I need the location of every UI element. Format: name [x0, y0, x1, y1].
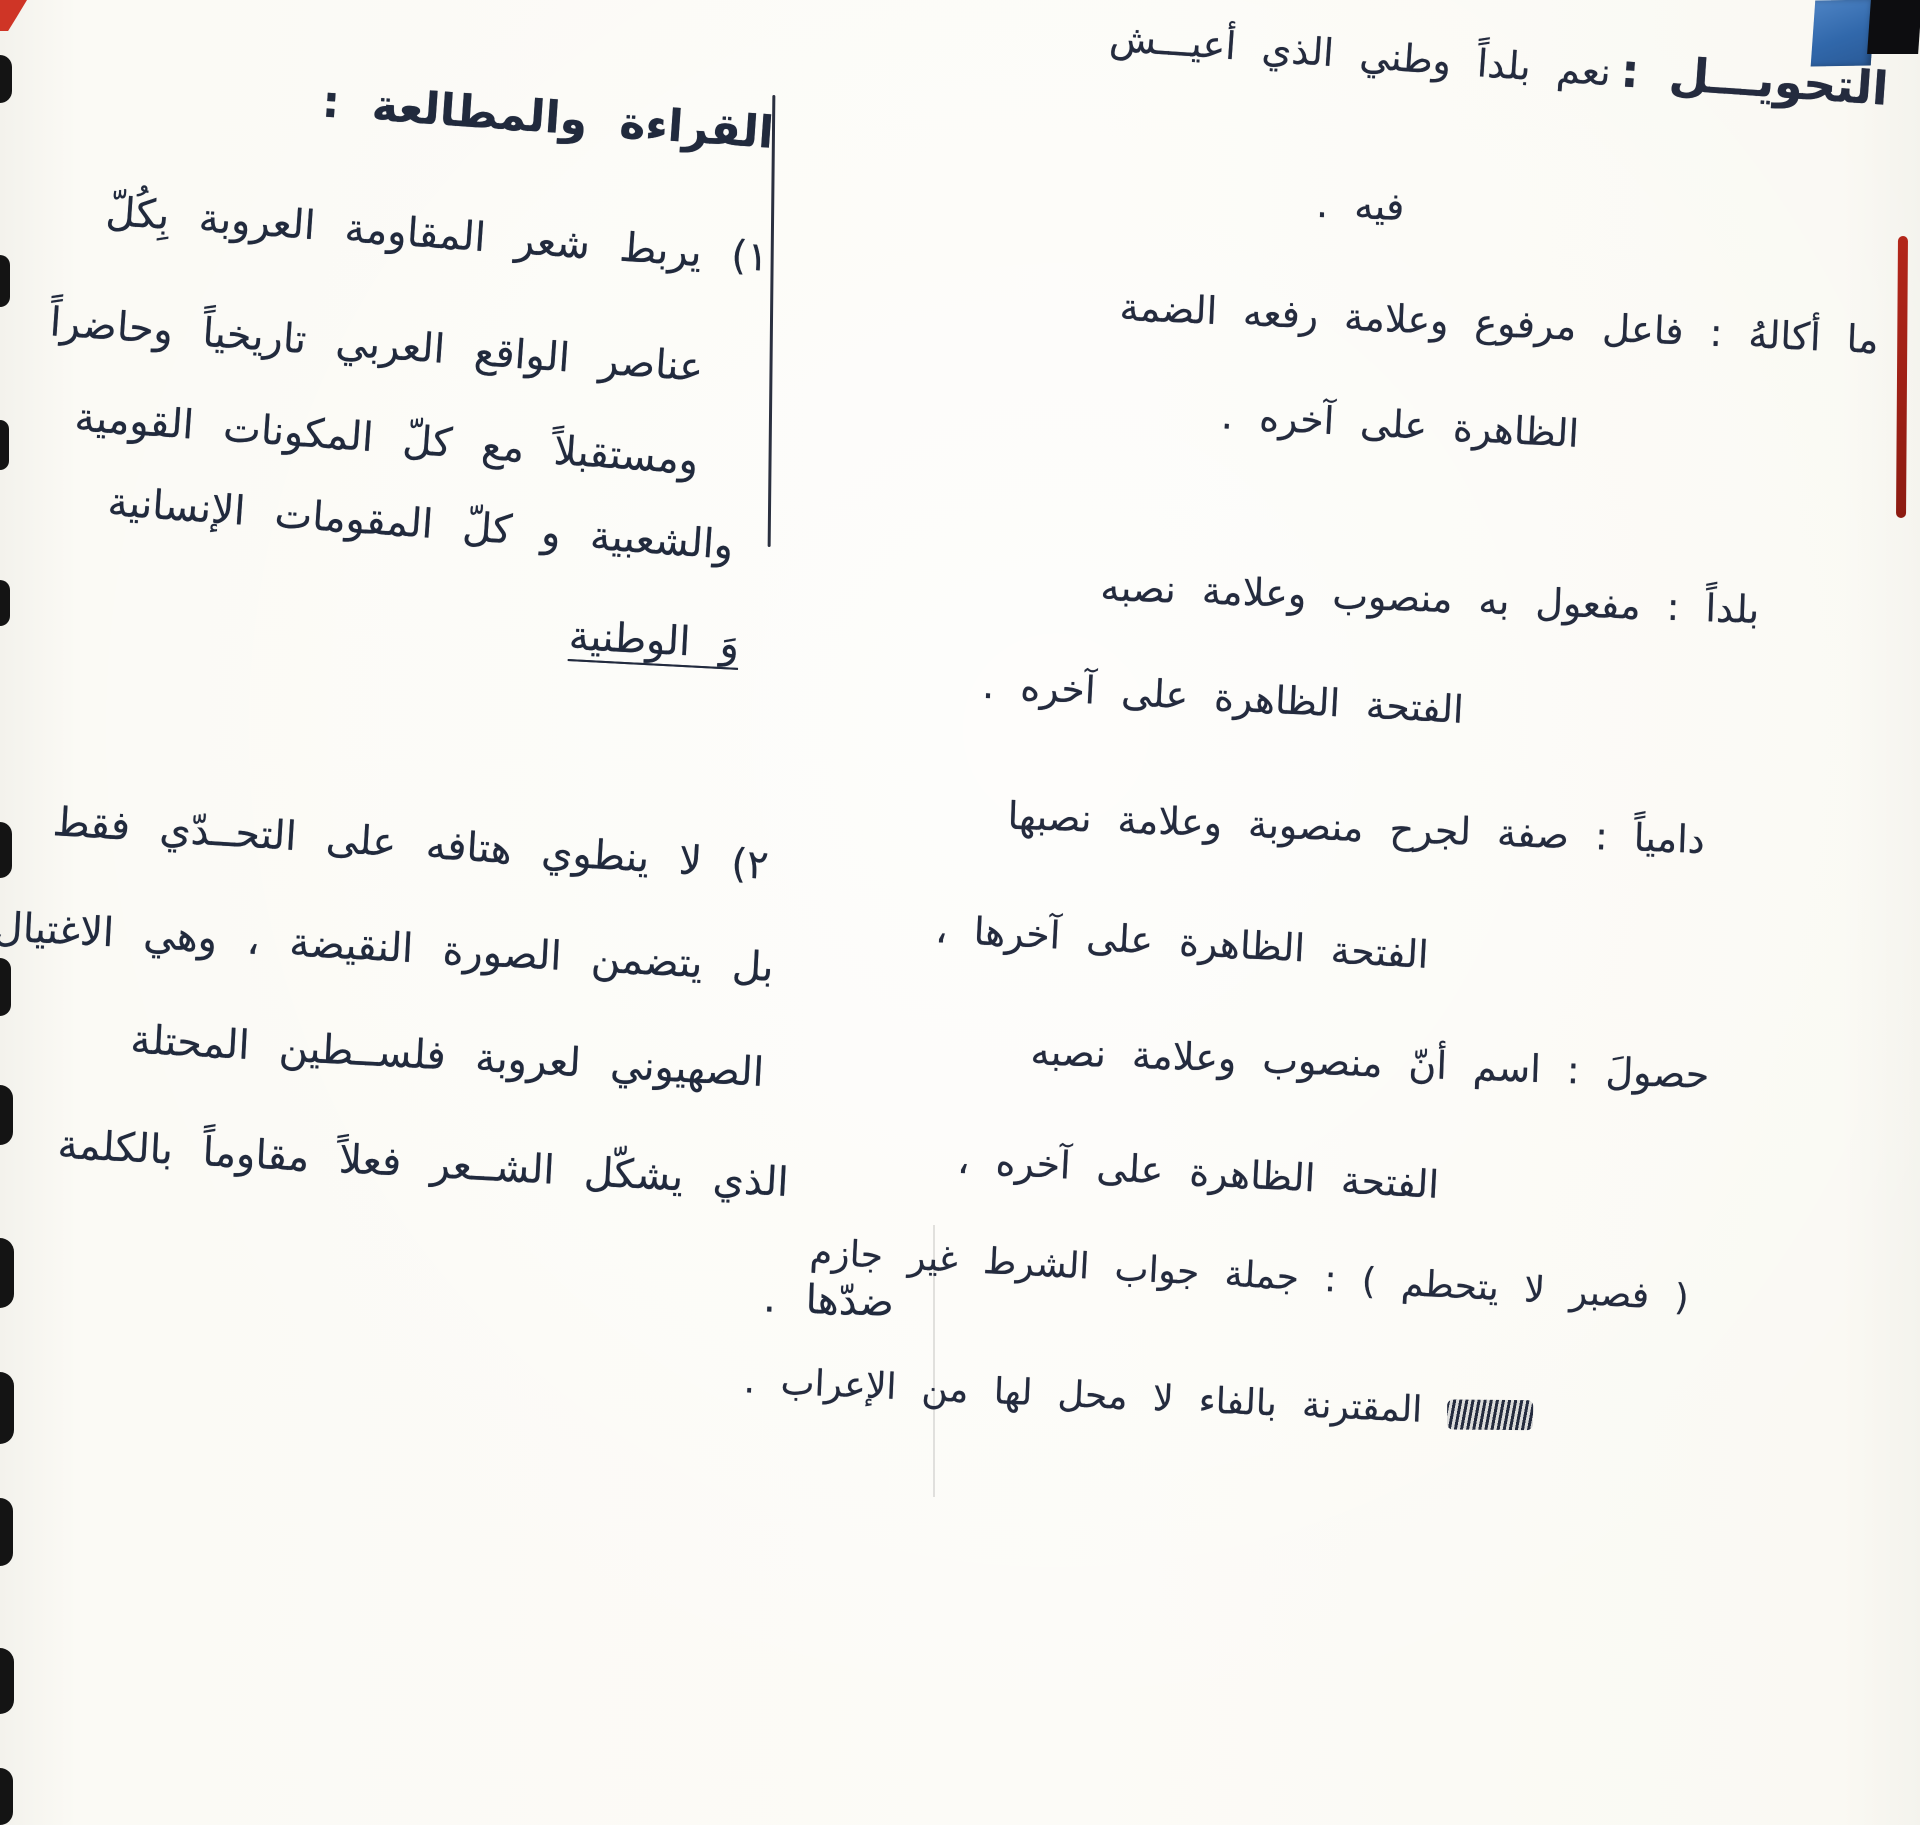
handwritten-line: حصولَ : اسم أنّ منصوب وعلامة نصبه [1030, 1029, 1710, 1097]
handwritten-line: ضدّها . [763, 1275, 895, 1326]
handwritten-line: وَ الوطنية [567, 613, 740, 668]
handwritten-line: والشعبية و كلّ المقومات الإنسانية [106, 479, 735, 569]
column-divider-line [768, 95, 776, 547]
binding-mark [0, 822, 12, 878]
handwritten-line: الذي يشكّل الشــعر فعلاً مقاوماً بالكلمة [57, 1122, 790, 1206]
handwritten-line: عناصر الواقع العربي تاريخياً وحاضراً [49, 299, 705, 391]
binding-mark [0, 580, 10, 626]
handwritten-line: الفتحة الظاهرة على آخره . [982, 663, 1465, 732]
binding-mark [0, 55, 12, 103]
handwritten-line: المقترنة بالفاء لا محل لها من الإعراب . [743, 1360, 1540, 1436]
binding-mark [0, 420, 9, 470]
handwritten-line: فيه . [1315, 182, 1405, 229]
handwritten-line-heading-right: التحويـــل :نعم بلداً وطني الذي أعيـــش [1108, 8, 1890, 116]
binding-mark [0, 255, 10, 307]
binding-mark [0, 1238, 14, 1308]
crossed-out-scribble [1447, 1399, 1533, 1430]
handwritten-line: الظاهرة على آخره . [1220, 393, 1580, 456]
binding-mark [0, 1372, 14, 1444]
handwritten-line: دامياً : صفة لجرح منصوبة وعلامة نصبها [1006, 794, 1705, 862]
binding-mark [0, 1648, 14, 1714]
handwritten-line: بلداً : مفعول به منصوب وعلامة نصبه [1100, 565, 1760, 632]
binding-mark [0, 958, 11, 1016]
binding-mark [0, 1498, 13, 1566]
section-heading-reading: القراءة والمطالعة : [320, 76, 775, 158]
handwritten-line: الفتحة الظاهرة على آخرها ، [935, 907, 1430, 977]
red-corner-mark [0, 0, 27, 31]
handwritten-line: ( فصبر لا يتحطم ) : جملة جواب الشرط غير … [809, 1232, 1690, 1319]
handwritten-line: ٢) لا ينطوي هتافه على التحــدّي فقط [52, 799, 770, 889]
black-cover-corner [1867, 0, 1920, 54]
handwritten-line: ١) يربط شعر المقاومة العروبة بِكُلّ [104, 189, 770, 281]
handwritten-line: ما أكالهُ : فاعل مرفوع وعلامة رفعه الضمة [1119, 285, 1880, 362]
notebook-page: التحويـــل :نعم بلداً وطني الذي أعيـــش … [0, 0, 1920, 1825]
binding-mark [0, 1085, 13, 1145]
binding-mark [0, 1768, 13, 1825]
handwritten-line: الصهيوني لعروبة فلســطين المحتلة [129, 1017, 765, 1096]
handwritten-line: الفتحة الظاهرة على آخره ، [956, 1138, 1440, 1207]
red-margin-edge-line [1896, 236, 1908, 518]
handwritten-line: بل يتضمن الصورة النقيضة ، وهي الاغتيال [0, 904, 775, 991]
handwritten-text: المقترنة بالفاء لا محل لها من الإعراب . [743, 1360, 1423, 1431]
handwritten-text: نعم بلداً وطني الذي أعيـــش [1108, 16, 1612, 95]
handwritten-line: ومستقبلاً مع كلّ المكونات القومية [73, 394, 700, 483]
